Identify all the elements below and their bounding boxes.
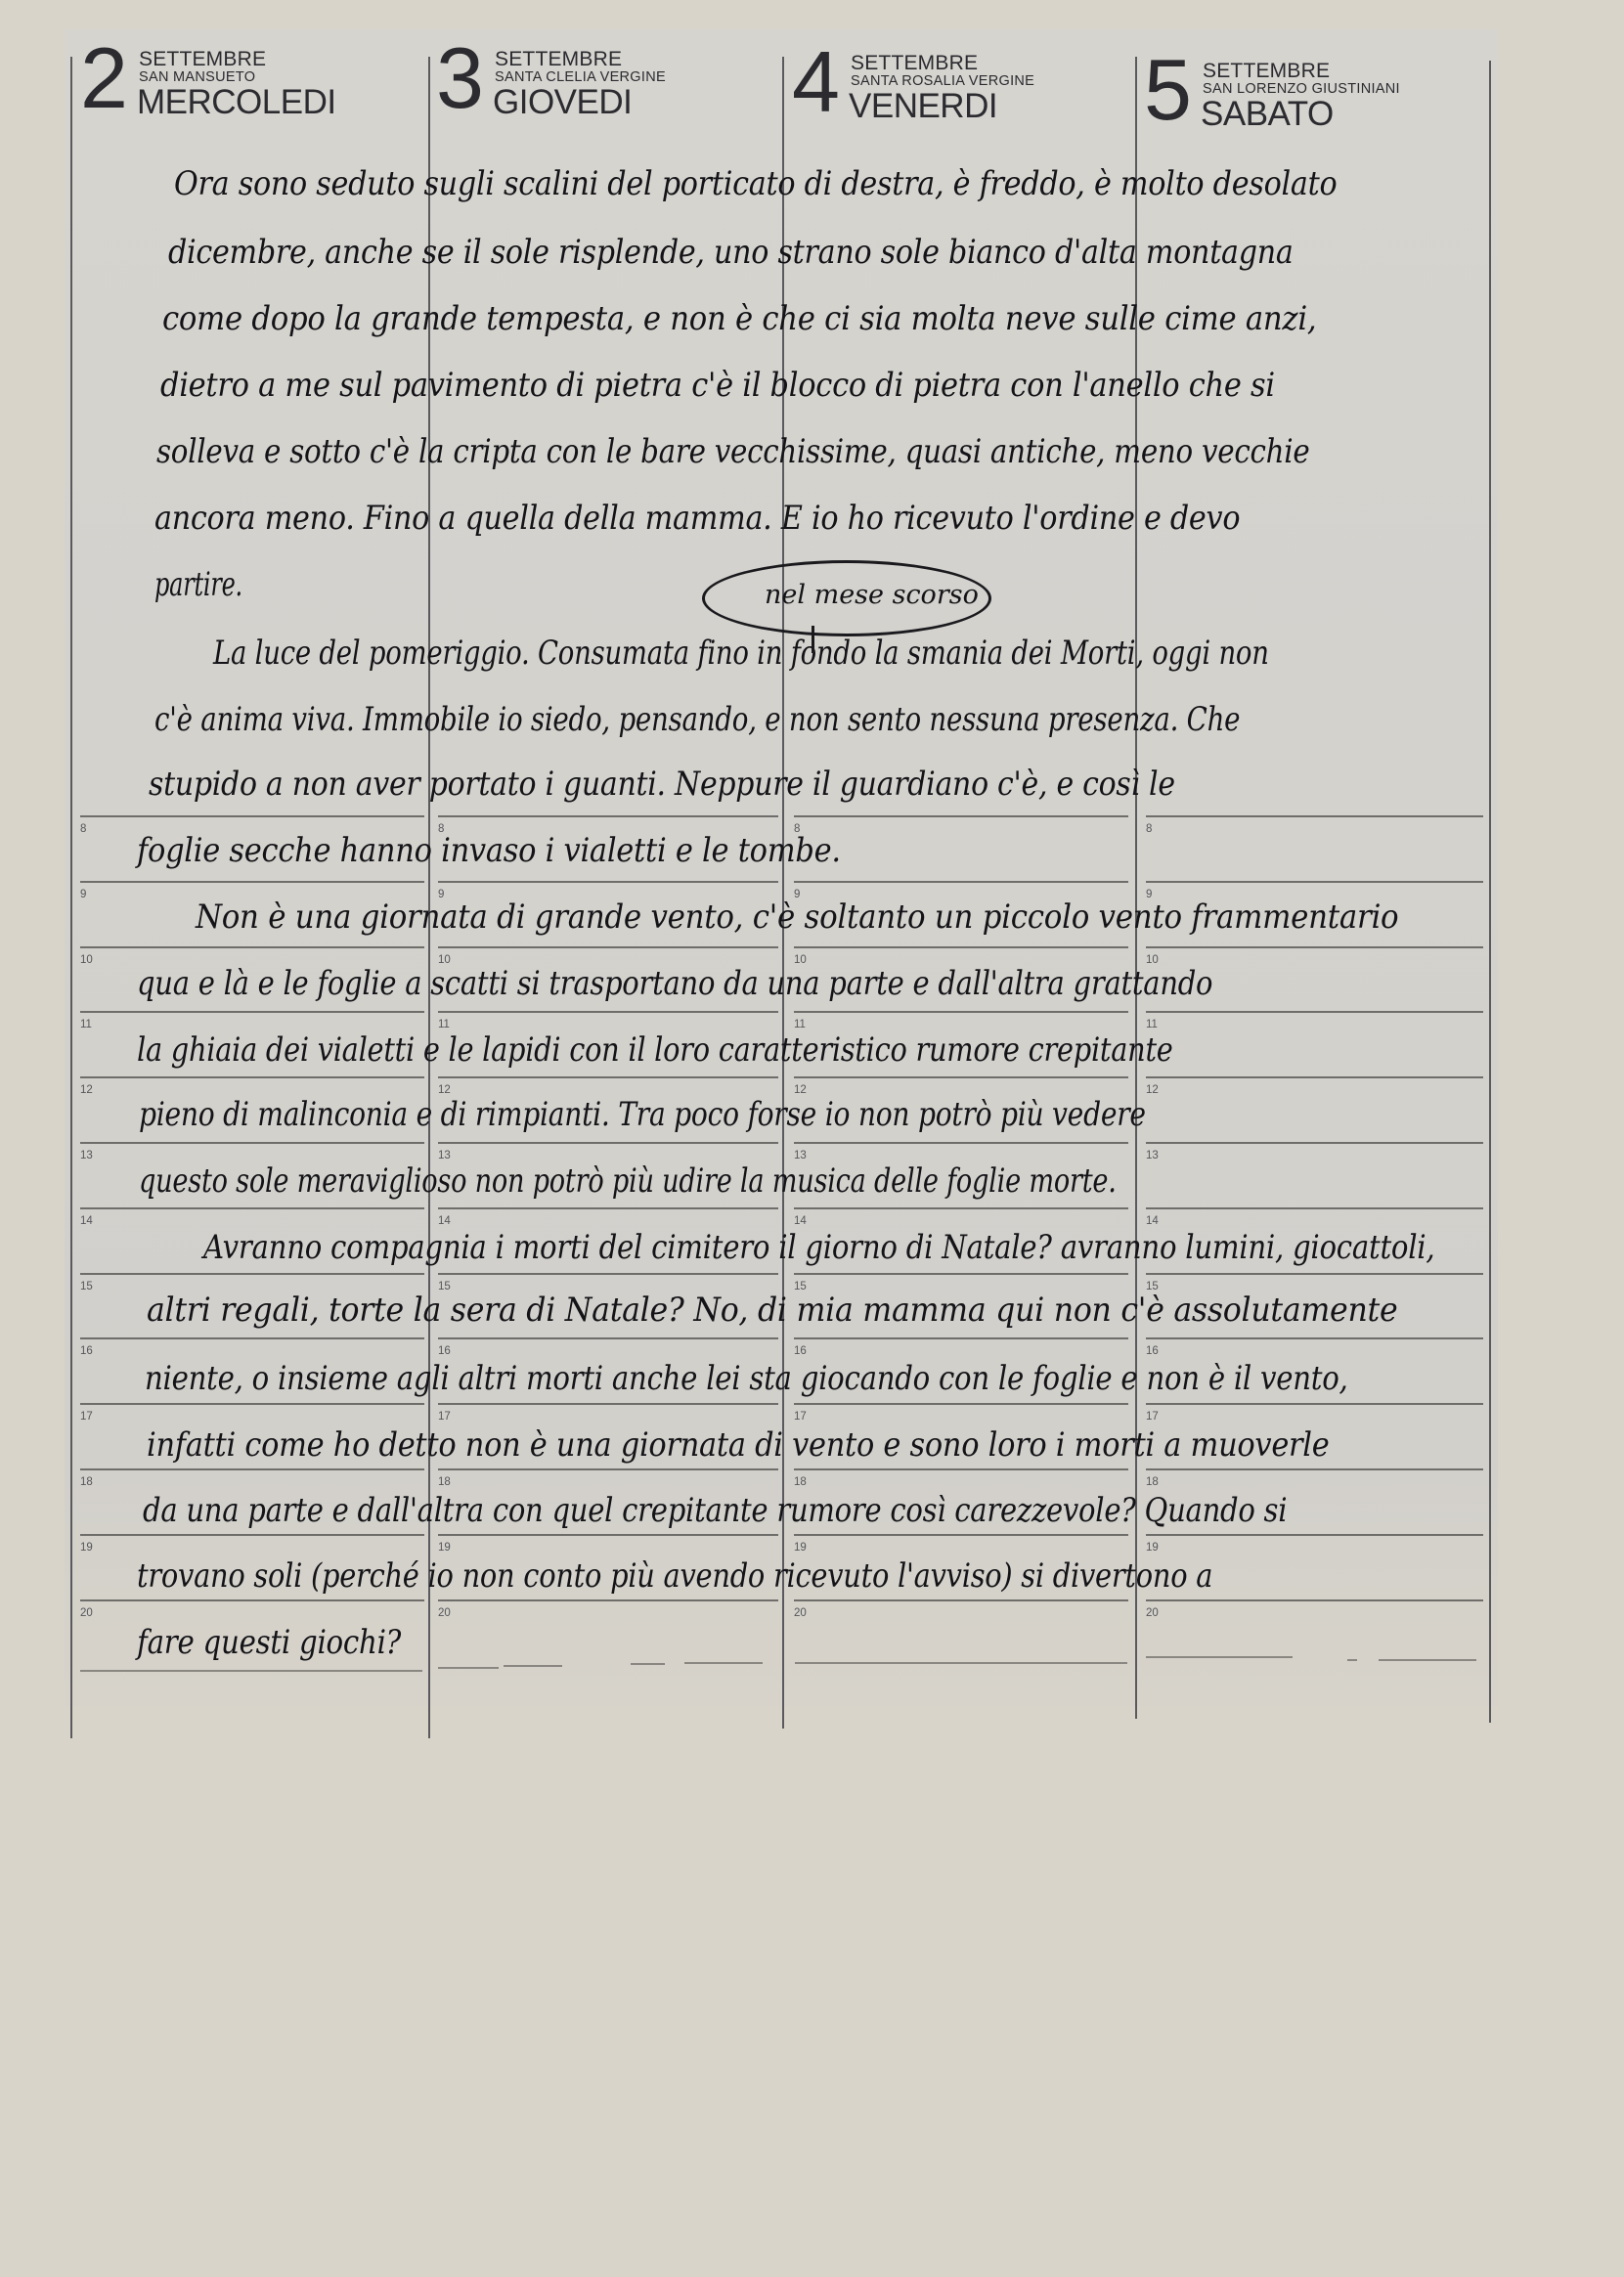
hour-label: 10: [80, 954, 93, 966]
day-header-thursday: 3 SETTEMBRE SANTA CLELIA VERGINE GIOVEDI: [436, 43, 778, 121]
hour-label: 16: [80, 1345, 93, 1357]
hour-rule: [80, 1468, 424, 1470]
day-weekday: MERCOLEDI: [137, 85, 336, 120]
closing-rule: [631, 1663, 665, 1665]
hour-label: 19: [80, 1542, 93, 1554]
hour-rule: [1146, 1534, 1483, 1536]
column-divider-right: [1489, 61, 1491, 1723]
hour-label: 17: [438, 1411, 451, 1423]
hour-rule: [438, 1011, 778, 1013]
handwritten-line: La luce del pomeriggio. Consumata fino i…: [213, 634, 1269, 673]
hour-label: 20: [1146, 1607, 1159, 1619]
hour-label: 17: [794, 1411, 807, 1423]
hour-label: 18: [80, 1476, 93, 1488]
hour-rule: [794, 1273, 1128, 1275]
hour-rule: [80, 1403, 424, 1405]
day-weekday: SABATO: [1201, 97, 1334, 132]
closing-rule: [1379, 1659, 1476, 1661]
hour-label: 11: [438, 1019, 450, 1030]
annotation-bubble-tail: [812, 626, 856, 653]
hour-label: 18: [438, 1476, 451, 1488]
day-month: SETTEMBRE: [1203, 61, 1330, 81]
handwritten-line: da una parte e dall'altra con quel crepi…: [143, 1491, 1287, 1530]
handwritten-line: la ghiaia dei vialetti e le lapidi con i…: [137, 1030, 1173, 1070]
hour-rule: [1146, 1076, 1483, 1078]
hour-rule: [1146, 1207, 1483, 1209]
hour-label: 14: [80, 1215, 93, 1227]
hour-label: 13: [794, 1150, 807, 1161]
hour-rule: [438, 1599, 778, 1601]
hour-rule: [438, 1403, 778, 1405]
day-weekday: GIOVEDI: [493, 85, 632, 120]
hour-rule: [1146, 946, 1483, 948]
hour-label: 14: [794, 1215, 807, 1227]
hour-rule: [1146, 1142, 1483, 1144]
hour-rule: [1146, 815, 1483, 817]
day-number: 4: [792, 39, 838, 125]
hour-rule: [1146, 1337, 1483, 1339]
hour-rule: [1146, 1011, 1483, 1013]
hour-label: 11: [1146, 1019, 1158, 1030]
annotation-text: nel mese scorso: [765, 581, 979, 610]
hour-rule: [794, 1011, 1128, 1013]
hour-rule: [794, 1534, 1128, 1536]
hour-rule: [794, 1142, 1128, 1144]
hour-rule: [438, 1534, 778, 1536]
day-month: SETTEMBRE: [851, 53, 978, 73]
hour-rule: [794, 1337, 1128, 1339]
hour-label: 18: [794, 1476, 807, 1488]
hour-rule: [80, 1599, 424, 1601]
hour-label: 12: [80, 1084, 93, 1096]
hour-rule: [80, 1337, 424, 1339]
closing-rule: [438, 1667, 499, 1669]
day-number: 3: [436, 35, 482, 121]
hour-rule: [80, 1076, 424, 1078]
hour-label: 13: [80, 1150, 93, 1161]
handwritten-line: ancora meno. Fino a quella della mamma. …: [154, 499, 1240, 538]
handwritten-line: Ora sono seduto sugli scalini del portic…: [174, 164, 1337, 203]
hour-rule: [438, 1337, 778, 1339]
handwritten-line: foglie secche hanno invaso i vialetti e …: [137, 831, 841, 870]
hour-rule: [1146, 1403, 1483, 1405]
hour-rule: [80, 1142, 424, 1144]
closing-rule: [1347, 1659, 1357, 1661]
handwritten-line: stupido a non aver portato i guanti. Nep…: [149, 765, 1175, 804]
hour-rule: [794, 1207, 1128, 1209]
hour-label: 16: [438, 1345, 451, 1357]
hour-rule: [438, 815, 778, 817]
hour-label: 20: [794, 1607, 807, 1619]
hour-rule: [438, 1207, 778, 1209]
hour-rule: [1146, 1273, 1483, 1275]
day-number: 5: [1144, 47, 1190, 133]
hour-rule: [438, 1468, 778, 1470]
handwritten-line: come dopo la grande tempesta, e non è ch…: [162, 299, 1316, 338]
handwritten-line: pieno di malinconia e di rimpianti. Tra …: [139, 1095, 1146, 1134]
hour-label: 12: [1146, 1084, 1159, 1096]
handwritten-line: dietro a me sul pavimento di pietra c'è …: [160, 366, 1275, 405]
handwritten-line: c'è anima viva. Immobile io siedo, pensa…: [154, 700, 1240, 739]
hour-rule: [80, 1534, 424, 1536]
hour-rule: [438, 1273, 778, 1275]
hour-label: 18: [1146, 1476, 1159, 1488]
hour-label: 14: [1146, 1215, 1159, 1227]
hour-label: 8: [80, 823, 86, 835]
hour-rule: [794, 1403, 1128, 1405]
hour-label: 14: [438, 1215, 451, 1227]
day-header-saturday: 5 SETTEMBRE SAN LORENZO GIUSTINIANI SABA…: [1144, 55, 1486, 133]
handwritten-line: fare questi giochi?: [137, 1623, 401, 1662]
hour-rule: [794, 1076, 1128, 1078]
hour-label: 13: [1146, 1150, 1159, 1161]
hour-rule: [438, 1076, 778, 1078]
hour-rule: [794, 1468, 1128, 1470]
day-header-wednesday: 2 SETTEMBRE SAN MANSUETO MERCOLEDI: [80, 43, 422, 121]
hour-label: 11: [794, 1019, 806, 1030]
day-number: 2: [80, 35, 126, 121]
handwritten-line: qua e là e le foglie a scatti si traspor…: [137, 964, 1212, 1003]
handwritten-line: solleva e sotto c'è la cripta con le bar…: [156, 432, 1309, 471]
closing-rule: [684, 1662, 763, 1664]
hour-rule: [80, 881, 424, 883]
closing-rule: [80, 1670, 422, 1672]
hour-rule: [80, 1207, 424, 1209]
hour-rule: [80, 815, 424, 817]
handwritten-line: infatti come ho detto non è una giornata…: [147, 1425, 1329, 1465]
hour-label: 19: [438, 1542, 451, 1554]
hour-label: 8: [1146, 823, 1152, 835]
hour-label: 16: [1146, 1345, 1159, 1357]
hour-rule: [438, 1142, 778, 1144]
handwritten-line: trovano soli (perché io non conto più av…: [137, 1556, 1212, 1596]
hour-label: 15: [80, 1281, 93, 1292]
hour-rule: [1146, 881, 1483, 883]
handwritten-line: dicembre, anche se il sole risplende, un…: [168, 233, 1294, 272]
hour-rule: [438, 881, 778, 883]
hour-rule: [794, 881, 1128, 883]
hour-label: 20: [438, 1607, 451, 1619]
day-header-friday: 4 SETTEMBRE SANTA ROSALIA VERGINE VENERD…: [792, 47, 1134, 125]
handwritten-line: partire.: [154, 565, 242, 604]
closing-rule: [504, 1665, 562, 1667]
column-divider-left: [70, 57, 72, 1738]
handwritten-line: Non è una giornata di grande vento, c'è …: [196, 898, 1398, 937]
hour-rule: [794, 815, 1128, 817]
handwritten-line: altri regali, torte la sera di Natale? N…: [147, 1291, 1397, 1330]
hour-rule: [794, 1599, 1128, 1601]
hour-rule: [794, 946, 1128, 948]
hour-rule: [80, 1011, 424, 1013]
hour-label: 16: [794, 1345, 807, 1357]
hour-rule: [80, 1273, 424, 1275]
hour-rule: [1146, 1599, 1483, 1601]
hour-label: 11: [80, 1019, 92, 1030]
day-month: SETTEMBRE: [139, 49, 266, 69]
hour-rule: [438, 946, 778, 948]
handwritten-line: Avranno compagnia i morti del cimitero i…: [203, 1228, 1434, 1267]
hour-label: 13: [438, 1150, 451, 1161]
hour-label: 19: [1146, 1542, 1159, 1554]
closing-rule: [1146, 1656, 1293, 1658]
handwritten-line: niente, o insieme agli altri morti anche…: [145, 1359, 1348, 1398]
day-weekday: VENERDI: [849, 89, 997, 124]
hour-rule: [80, 946, 424, 948]
hour-label: 20: [80, 1607, 93, 1619]
hour-label: 17: [80, 1411, 93, 1423]
handwritten-line: questo sole meraviglioso non potrò più u…: [139, 1161, 1117, 1201]
hour-label: 17: [1146, 1411, 1159, 1423]
hour-label: 9: [80, 889, 86, 900]
day-month: SETTEMBRE: [495, 49, 622, 69]
hour-label: 19: [794, 1542, 807, 1554]
hour-rule: [1146, 1468, 1483, 1470]
closing-rule: [795, 1662, 1127, 1664]
